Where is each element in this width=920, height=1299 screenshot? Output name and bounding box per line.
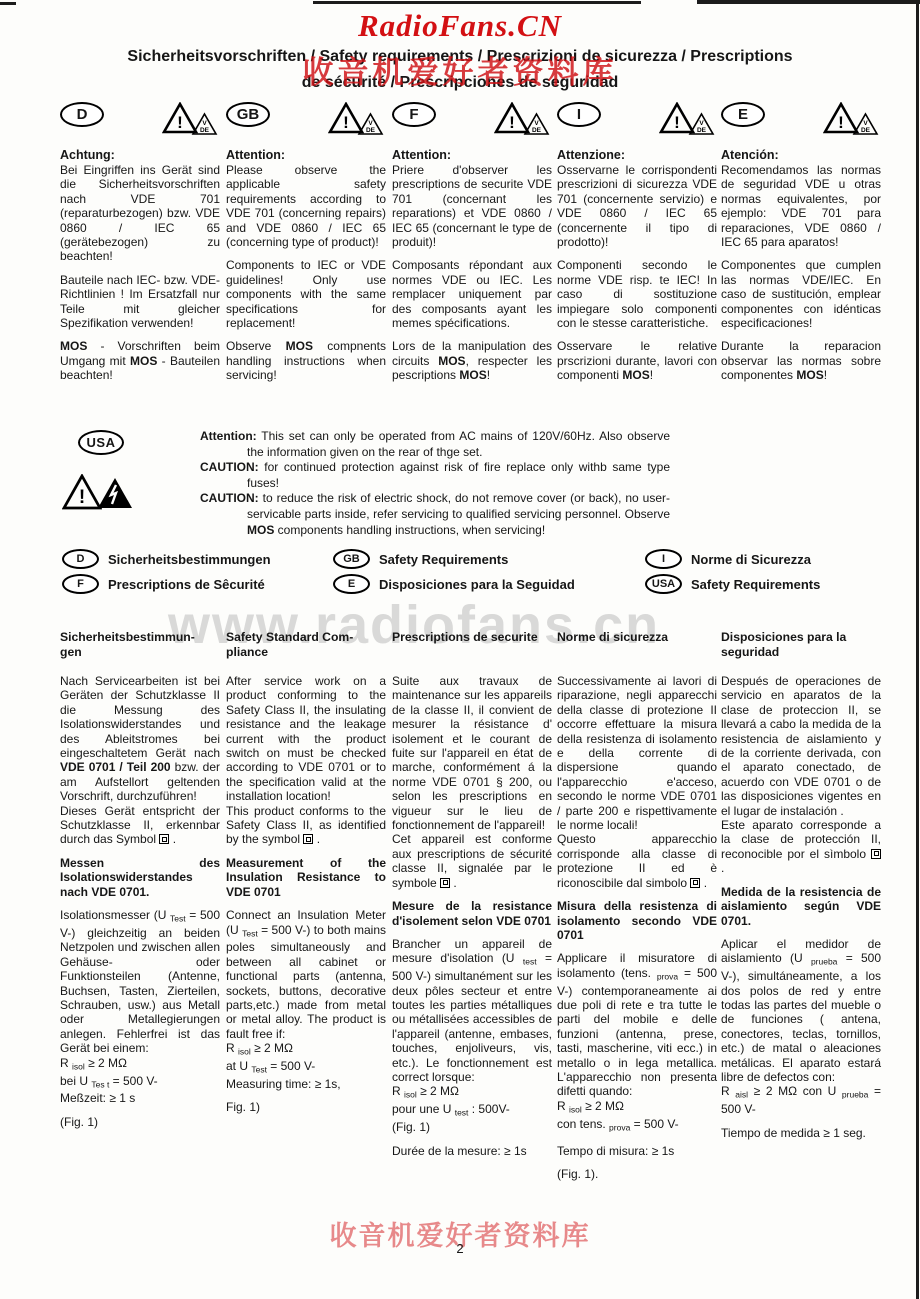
bottom-column-heading: Prescriptions de securite <box>392 630 552 674</box>
paragraph: Misura della resistenza di isolamento se… <box>557 899 717 942</box>
bottom-column-paragraphs: Suite aux travaux de maintenance sur les… <box>392 674 552 1158</box>
safety-icons: ! VDE <box>162 102 218 134</box>
paragraph: Nach Servicearbeiten ist bei Geräten der… <box>60 674 220 847</box>
paragraph: Después de operaciones de servicio en ap… <box>721 674 881 876</box>
class-ii-square-symbol <box>159 834 169 844</box>
svg-text:V: V <box>202 120 207 127</box>
language-badge-e: E <box>721 102 765 127</box>
svg-text:!: ! <box>674 113 680 132</box>
index-item-de: D Sicherheitsbestimmungen <box>62 549 333 569</box>
vde-triangle-icon: VDE <box>357 112 384 136</box>
svg-text:DE: DE <box>366 127 376 134</box>
language-column-de: D ! VDE Achtung: Bei Eingriffen ins Gerä… <box>60 102 220 383</box>
svg-text:DE: DE <box>861 127 871 134</box>
vde-triangle-icon: VDE <box>852 112 879 136</box>
paragraph: Successivamente ai lavori di riparazione… <box>557 674 717 890</box>
class-ii-square-symbol <box>440 878 450 888</box>
paragraph: Durée de la mesure: ≥ 1s <box>392 1144 552 1158</box>
svg-text:V: V <box>368 120 373 127</box>
bottom-column-paragraphs: Después de operaciones de servicio en ap… <box>721 674 881 1140</box>
paragraph: MOS - Vorschriften beim Umgang mit MOS -… <box>60 339 220 382</box>
page-number: 2 <box>0 1241 920 1256</box>
paragraph: Lors de la manipulation des circuits MOS… <box>392 339 552 382</box>
index-label: Safety Requirements <box>691 577 820 592</box>
vde-triangle-icon: VDE <box>688 112 715 136</box>
usa-warning-icons: ! <box>62 474 134 510</box>
high-voltage-triangle-icon <box>96 476 134 510</box>
language-badge-gb: GB <box>333 549 370 569</box>
bottom-column-heading: Norme di sicurezza <box>557 630 717 674</box>
index-label: Disposiciones para la Seguidad <box>379 577 575 592</box>
paragraph: Osservarne le corrispondenti prescrizion… <box>557 163 717 249</box>
index-item-es: E Disposiciones para la Seguidad <box>333 574 645 594</box>
bottom-column-es: Disposiciones para la seguridad Después … <box>721 630 881 1140</box>
safety-icons: ! VDE <box>659 102 715 134</box>
svg-text:DE: DE <box>697 127 707 134</box>
safety-icons: ! VDE <box>328 102 384 134</box>
usa-notice-line: CAUTION: to reduce the risk of electric … <box>200 491 670 538</box>
svg-text:!: ! <box>79 487 85 508</box>
paragraph: Fig. 1) <box>226 1100 386 1114</box>
chinese-watermark-top: 收音机爱好者资料库 <box>0 47 920 92</box>
bottom-column-paragraphs: Successivamente ai lavori di riparazione… <box>557 674 717 1182</box>
language-badge-e: E <box>333 574 370 594</box>
language-badge-d: D <box>60 102 104 127</box>
svg-text:!: ! <box>343 113 349 132</box>
index-item-fr: F Prescriptions de Sêcurité <box>62 574 333 594</box>
svg-text:DE: DE <box>532 127 542 134</box>
paragraph: Components to IEC or VDE guidelines! Onl… <box>226 258 386 330</box>
bottom-column-paragraphs: Nach Servicearbeiten ist bei Geräten der… <box>60 674 220 1129</box>
scan-artifact <box>0 2 16 5</box>
svg-text:DE: DE <box>200 127 210 134</box>
index-item-usa: USA Safety Requirements <box>645 574 820 594</box>
index-label: Safety Requirements <box>379 552 508 567</box>
scan-artifact <box>916 0 919 1299</box>
language-column-it: I ! VDE Attenzione: Osservarne le corris… <box>557 102 717 383</box>
column-icon-row: D ! VDE <box>60 102 220 146</box>
paragraph: Durante la reparacion observar las norma… <box>721 339 881 382</box>
paragraph: Observe MOS compnents handling instructi… <box>226 339 386 382</box>
paragraph: Medida de la resistencia de aislamiento … <box>721 885 881 928</box>
svg-text:!: ! <box>177 113 183 132</box>
paragraph: Messen des Isolationswiderstandes nach V… <box>60 856 220 899</box>
column-paragraphs: Please observe the applicable safety req… <box>226 163 386 383</box>
language-badge-usa: USA <box>78 430 124 455</box>
paragraph: Composants répondant aux normes VDE ou I… <box>392 258 552 330</box>
usa-notice: Attention: This set can only be operated… <box>200 429 670 538</box>
bottom-column-de: Sicherheitsbestimmun- gen Nach Servicear… <box>60 630 220 1129</box>
column-heading: Achtung: <box>60 148 220 162</box>
paragraph: Recomendamos las normas de seguridad VDE… <box>721 163 881 249</box>
paragraph: (Fig. 1) <box>60 1115 220 1129</box>
paragraph: Connect an Insulation Meter (U Test = 50… <box>226 908 386 1091</box>
language-badge-d: D <box>62 549 99 569</box>
column-heading: Attention: <box>392 148 552 162</box>
index-item-it: I Norme di Sicurezza <box>645 549 811 569</box>
column-paragraphs: Osservarne le corrispondenti prescrizion… <box>557 163 717 383</box>
paragraph: Mesure de la resistance d'isolement selo… <box>392 899 552 928</box>
safety-icons: ! VDE <box>823 102 879 134</box>
column-paragraphs: Recomendamos las normas de seguridad VDE… <box>721 163 881 383</box>
safety-icons: ! VDE <box>494 102 550 134</box>
index-item-gb: GB Safety Requirements <box>333 549 645 569</box>
language-badge-i: I <box>557 102 601 127</box>
paragraph: Componenti secondo le norme VDE risp. te… <box>557 258 717 330</box>
paragraph: Componentes que cumplen las normas VDE/I… <box>721 258 881 330</box>
svg-text:V: V <box>699 120 704 127</box>
paragraph: Please observe the applicable safety req… <box>226 163 386 249</box>
bottom-column-paragraphs: After service work on a product conformi… <box>226 674 386 1115</box>
index-label: Prescriptions de Sêcurité <box>108 577 265 592</box>
paragraph: Bei Eingriffen ins Gerät sind die Sicher… <box>60 163 220 264</box>
vde-triangle-icon: VDE <box>191 112 218 136</box>
svg-text:V: V <box>534 120 539 127</box>
paragraph: Tempo di misura: ≥ 1s <box>557 1144 717 1158</box>
language-badge-gb: GB <box>226 102 270 127</box>
language-badge-f: F <box>392 102 436 127</box>
radiofans-watermark: RadioFans.CN <box>0 8 920 44</box>
language-column-es: E ! VDE Atención: Recomendamos las norma… <box>721 102 881 383</box>
paragraph: Priere d'observer les prescriptions de s… <box>392 163 552 249</box>
language-badge-f: F <box>62 574 99 594</box>
index-label: Norme di Sicurezza <box>691 552 811 567</box>
column-paragraphs: Bei Eingriffen ins Gerät sind die Sicher… <box>60 163 220 383</box>
paragraph: Tiempo de medida ≥ 1 seg. <box>721 1126 881 1140</box>
usa-notice-line: Attention: This set can only be operated… <box>200 429 670 460</box>
paragraph: Bauteile nach IEC- bzw. VDE-Richtlinien … <box>60 273 220 331</box>
language-column-fr: F ! VDE Attention: Priere d'observer les… <box>392 102 552 383</box>
column-icon-row: GB ! VDE <box>226 102 386 146</box>
paragraph: After service work on a product conformi… <box>226 674 386 847</box>
column-heading: Attention: <box>226 148 386 162</box>
column-heading: Attenzione: <box>557 148 717 162</box>
svg-text:!: ! <box>509 113 515 132</box>
vde-triangle-icon: VDE <box>523 112 550 136</box>
class-ii-square-symbol <box>690 878 700 888</box>
bottom-column-fr: Prescriptions de securite Suite aux trav… <box>392 630 552 1158</box>
column-icon-row: F ! VDE <box>392 102 552 146</box>
language-index-row-1: D Sicherheitsbestimmungen GB Safety Requ… <box>62 548 880 570</box>
scan-artifact <box>697 0 920 4</box>
paragraph: Measurement of the Insulation Resistance… <box>226 856 386 899</box>
column-heading: Atención: <box>721 148 881 162</box>
bottom-column-gb: Safety Standard Com- pliance After servi… <box>226 630 386 1115</box>
scanned-manual-page: RadioFans.CN 收音机爱好者资料库 www.radiofans.cn … <box>0 0 920 1299</box>
paragraph: Aplicar el medidor de aislamiento (U pru… <box>721 937 881 1117</box>
column-icon-row: I ! VDE <box>557 102 717 146</box>
bottom-column-heading: Safety Standard Com- pliance <box>226 630 386 674</box>
bottom-column-it: Norme di sicurezza Successivamente ai la… <box>557 630 717 1182</box>
bottom-column-heading: Sicherheitsbestimmun- gen <box>60 630 220 674</box>
class-ii-square-symbol <box>871 849 881 859</box>
svg-text:!: ! <box>838 113 844 132</box>
paragraph: (Fig. 1). <box>557 1167 717 1181</box>
svg-text:V: V <box>863 120 868 127</box>
language-index-row-2: F Prescriptions de Sêcurité E Disposicio… <box>62 573 880 595</box>
column-icon-row: E ! VDE <box>721 102 881 146</box>
class-ii-square-symbol <box>303 834 313 844</box>
paragraph: Brancher un appareil de mesure d'isolati… <box>392 937 552 1135</box>
column-paragraphs: Priere d'observer les prescriptions de s… <box>392 163 552 383</box>
language-column-gb: GB ! VDE Attention: Please observe the a… <box>226 102 386 383</box>
paragraph: Osservare le relative prscrizioni durant… <box>557 339 717 382</box>
index-label: Sicherheitsbestimmungen <box>108 552 271 567</box>
paragraph: Applicare il misuratore di isolamento (t… <box>557 951 717 1134</box>
language-badge-usa: USA <box>645 574 682 594</box>
bottom-column-heading: Disposiciones para la seguridad <box>721 630 881 674</box>
scan-artifact <box>313 1 641 4</box>
paragraph: Isolationsmesser (U Test = 500 V-) gleic… <box>60 908 220 1106</box>
paragraph: Suite aux travaux de maintenance sur les… <box>392 674 552 890</box>
usa-notice-line: CAUTION: for continued protection agains… <box>200 460 670 491</box>
language-badge-i: I <box>645 549 682 569</box>
